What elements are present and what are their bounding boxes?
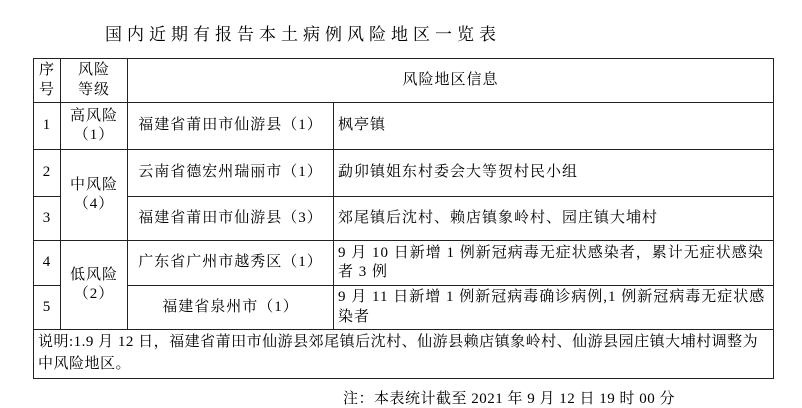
footnote: 注：本表统计截至 2021 年 9 月 12 日 19 时 00 分 <box>343 387 802 408</box>
table-header-row: 序 号 风险 等级 风险地区信息 <box>34 59 774 103</box>
header-risk-level-cell: 风险 等级 <box>61 59 128 103</box>
header-serial-cell: 序 号 <box>34 59 61 103</box>
region-cell: 福建省莆田市仙游县（3） <box>128 197 334 241</box>
page: 国内近期有报告本土病例风险地区一览表 序 号 风险 等级 风险地区信息 1 高风… <box>0 0 802 408</box>
region-info-cell: 郊尾镇后沈村、赖店镇象岭村、园庄镇大埔村 <box>334 197 774 241</box>
region-cell: 广东省广州市越秀区（1） <box>128 241 334 286</box>
table-row-1: 1 高风险 （1） 福建省莆田市仙游县（1） 枫亭镇 <box>34 103 774 150</box>
serial-cell: 1 <box>34 103 61 150</box>
risk-level-medium-cell: 中风险 （4） <box>61 150 128 241</box>
region-info-cell: 9 月 10 日新增 1 例新冠病毒无症状感染者，累计无症状感染者 3 例 <box>334 241 774 286</box>
table-note-row: 说明:1.9 月 12 日，福建省莆田市仙游县郊尾镇后沈村、仙游县赖店镇象岭村、… <box>34 330 774 379</box>
table-row-4: 4 低风险 （2） 广东省广州市越秀区（1） 9 月 10 日新增 1 例新冠病… <box>34 241 774 286</box>
region-info-cell: 勐卯镇姐东村委会大等贺村民小组 <box>334 150 774 197</box>
region-info-cell: 枫亭镇 <box>334 103 774 150</box>
header-region-info-cell: 风险地区信息 <box>128 59 774 103</box>
table-row-5: 5 福建省泉州市（1） 9 月 11 日新增 1 例新冠病毒确诊病例,1 例新冠… <box>34 286 774 330</box>
region-cell: 云南省德宏州瑞丽市（1） <box>128 150 334 197</box>
table-row-3: 3 福建省莆田市仙游县（3） 郊尾镇后沈村、赖店镇象岭村、园庄镇大埔村 <box>34 197 774 241</box>
risk-level-high-cell: 高风险 （1） <box>61 103 128 150</box>
region-info-cell: 9 月 11 日新增 1 例新冠病毒确诊病例,1 例新冠病毒无症状感染者 <box>334 286 774 330</box>
table-row-2: 2 中风险 （4） 云南省德宏州瑞丽市（1） 勐卯镇姐东村委会大等贺村民小组 <box>34 150 774 197</box>
explanation-note-cell: 说明:1.9 月 12 日，福建省莆田市仙游县郊尾镇后沈村、仙游县赖店镇象岭村、… <box>34 330 774 379</box>
risk-level-low-cell: 低风险 （2） <box>61 241 128 330</box>
serial-cell: 5 <box>34 286 61 330</box>
region-cell: 福建省泉州市（1） <box>128 286 334 330</box>
region-cell: 福建省莆田市仙游县（1） <box>128 103 334 150</box>
page-title: 国内近期有报告本土病例风险地区一览表 <box>105 20 802 45</box>
serial-cell: 3 <box>34 197 61 241</box>
serial-cell: 4 <box>34 241 61 286</box>
risk-area-table: 序 号 风险 等级 风险地区信息 1 高风险 （1） 福建省莆田市仙游县（1） … <box>33 58 774 379</box>
serial-cell: 2 <box>34 150 61 197</box>
